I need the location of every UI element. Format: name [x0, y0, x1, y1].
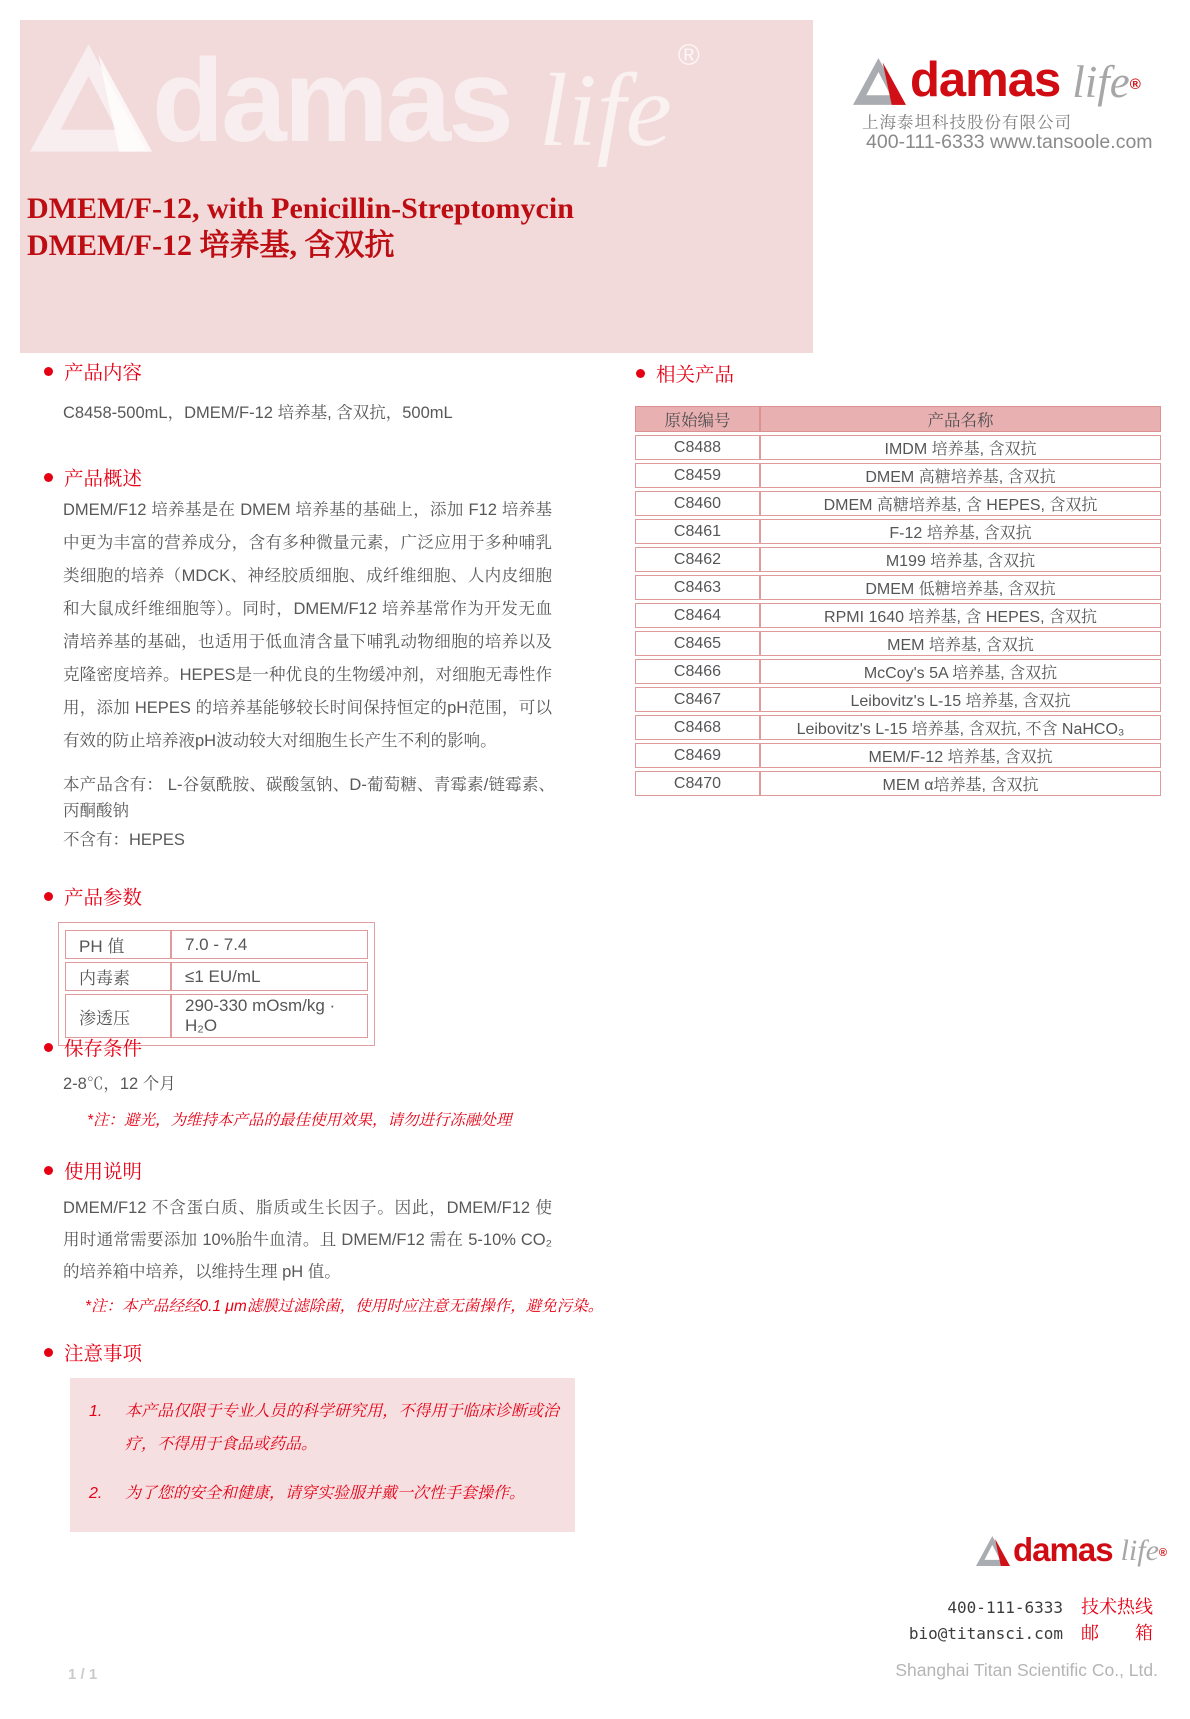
related-table-body: C8488IMDM 培养基, 含双抗C8459DMEM 高糖培养基, 含双抗C8… — [635, 435, 1161, 796]
logo-registered-mark: ® — [1130, 65, 1141, 105]
email-label: 邮 箱 — [1081, 1619, 1153, 1645]
related-product-row: C8459DMEM 高糖培养基, 含双抗 — [635, 463, 1161, 488]
table-cell: C8467 — [635, 687, 760, 712]
section-label: 使用说明 — [64, 1156, 142, 1184]
section-heading-related-products: 相关产品 — [636, 359, 734, 387]
logo-brand-suffix: life — [1121, 1536, 1159, 1566]
section-label: 相关产品 — [656, 359, 734, 387]
col-header-name: 产品名称 — [760, 406, 1161, 432]
table-cell: C8461 — [635, 519, 760, 544]
section-heading-overview: 产品概述 — [44, 463, 142, 491]
footer-hotline-row: 400-111-6333 技术热线 — [947, 1593, 1153, 1619]
logo-brand-text: damas — [910, 56, 1060, 105]
related-product-row: C8488IMDM 培养基, 含双抗 — [635, 435, 1161, 460]
storage-note: *注：避光，为维持本产品的最佳使用效果，请勿进行冻融处理 — [87, 1108, 512, 1130]
section-heading-usage: 使用说明 — [44, 1156, 142, 1184]
section-heading-product-content: 产品内容 — [44, 357, 142, 385]
related-product-row: C8465MEM 培养基, 含双抗 — [635, 631, 1161, 656]
param-row: PH 值7.0 - 7.4 — [65, 930, 368, 959]
table-cell: Leibovitz's L-15 培养基, 含双抗 — [760, 687, 1161, 712]
section-heading-notice: 注意事项 — [44, 1338, 142, 1366]
param-row: 内毒素≤1 EU/mL — [65, 962, 368, 991]
bullet-icon — [44, 892, 53, 901]
logo-brand-suffix: life — [1072, 60, 1129, 105]
watermark-registered-mark: ® — [678, 26, 700, 86]
table-cell: C8468 — [635, 715, 760, 740]
section-label: 产品内容 — [64, 357, 142, 385]
footer-email-row: bio@titansci.com 邮 箱 — [909, 1619, 1153, 1645]
table-cell: MEM α培养基, 含双抗 — [760, 771, 1161, 796]
related-products-table: 原始编号 产品名称 C8488IMDM 培养基, 含双抗C8459DMEM 高糖… — [635, 403, 1161, 799]
product-content-body: C8458-500mL，DMEM/F-12 培养基, 含双抗，500mL — [63, 399, 453, 423]
related-product-row: C8464RPMI 1640 培养基, 含 HEPES, 含双抗 — [635, 603, 1161, 628]
table-cell: C8465 — [635, 631, 760, 656]
notice-list: 本产品仅限于专业人员的科学研究用，不得用于临床诊断或治疗，不得用于食品或药品。为… — [70, 1395, 565, 1510]
overview-contains: 本产品含有： L-谷氨酰胺、碳酸氢钠、D-葡萄糖、青霉素/链霉素、丙酮酸钠 — [63, 772, 555, 824]
table-cell: RPMI 1640 培养基, 含 HEPES, 含双抗 — [760, 603, 1161, 628]
section-label: 产品概述 — [64, 463, 142, 491]
overview-not-contains: 不含有：HEPES — [63, 826, 185, 850]
section-label: 保存条件 — [64, 1033, 142, 1061]
table-cell: DMEM 低糖培养基, 含双抗 — [760, 575, 1161, 600]
related-product-row: C8460DMEM 高糖培养基, 含 HEPES, 含双抗 — [635, 491, 1161, 516]
bullet-icon — [636, 369, 645, 378]
related-product-row: C8469MEM/F-12 培养基, 含双抗 — [635, 743, 1161, 768]
datasheet-page: damas life ® damas life ® 上海泰坦科技股份有限公司 4… — [0, 0, 1190, 1719]
company-logo: damas life ® — [853, 56, 1141, 105]
table-cell: IMDM 培养基, 含双抗 — [760, 435, 1161, 460]
notice-item: 为了您的安全和健康，请穿实验服并戴一次性手套操作。 — [70, 1477, 565, 1510]
storage-body: 2-8℃，12 个月 — [63, 1070, 176, 1094]
hotline-label: 技术热线 — [1081, 1593, 1153, 1619]
header-banner: damas life ® — [20, 20, 813, 353]
email-address: bio@titansci.com — [909, 1624, 1063, 1643]
table-cell: DMEM 高糖培养基, 含 HEPES, 含双抗 — [760, 491, 1161, 516]
usage-note: *注：本产品经经0.1 μm滤膜过滤除菌，使用时应注意无菌操作，避免污染。 — [85, 1294, 603, 1316]
table-cell: M199 培养基, 含双抗 — [760, 547, 1161, 572]
table-cell: PH 值 — [65, 930, 171, 959]
bullet-icon — [44, 473, 53, 482]
bullet-icon — [44, 1043, 53, 1052]
related-product-row: C8462M199 培养基, 含双抗 — [635, 547, 1161, 572]
triangle-logo-icon — [853, 58, 906, 105]
related-table-header-row: 原始编号 产品名称 — [635, 406, 1161, 432]
table-cell: C8466 — [635, 659, 760, 684]
logo-brand-text: damas — [1013, 1533, 1113, 1566]
footer-logo: damas life ® — [976, 1533, 1167, 1566]
table-cell: DMEM 高糖培养基, 含双抗 — [760, 463, 1161, 488]
document-title: DMEM/F-12, with Penicillin-Streptomycin … — [27, 190, 574, 264]
related-product-row: C8467Leibovitz's L-15 培养基, 含双抗 — [635, 687, 1161, 712]
param-row: 渗透压290-330 mOsm/kg · H₂O — [65, 994, 368, 1038]
table-cell: 290-330 mOsm/kg · H₂O — [171, 994, 368, 1038]
table-cell: C8459 — [635, 463, 760, 488]
section-heading-storage: 保存条件 — [44, 1033, 142, 1061]
related-product-row: C8461F-12 培养基, 含双抗 — [635, 519, 1161, 544]
notice-box: 本产品仅限于专业人员的科学研究用，不得用于临床诊断或治疗，不得用于食品或药品。为… — [70, 1378, 575, 1532]
table-cell: MEM/F-12 培养基, 含双抗 — [760, 743, 1161, 768]
table-cell: C8469 — [635, 743, 760, 768]
product-params-table: PH 值7.0 - 7.4内毒素≤1 EU/mL渗透压290-330 mOsm/… — [58, 922, 375, 1046]
watermark-brand-suffix: life — [539, 26, 672, 196]
table-cell: C8463 — [635, 575, 760, 600]
table-cell: MEM 培养基, 含双抗 — [760, 631, 1161, 656]
page-number: 1 / 1 — [68, 1666, 97, 1683]
table-cell: C8470 — [635, 771, 760, 796]
title-line-cn: DMEM/F-12 培养基, 含双抗 — [27, 227, 574, 264]
bullet-icon — [44, 367, 53, 376]
hotline-number: 400-111-6333 — [947, 1598, 1063, 1617]
related-product-row: C8468Leibovitz's L-15 培养基, 含双抗, 不含 NaHCO… — [635, 715, 1161, 740]
company-name-cn: 上海泰坦科技股份有限公司 — [862, 109, 1072, 133]
table-cell: Leibovitz's L-15 培养基, 含双抗, 不含 NaHCO₃ — [760, 715, 1161, 740]
table-cell: C8462 — [635, 547, 760, 572]
table-cell: 渗透压 — [65, 994, 171, 1038]
table-cell: C8488 — [635, 435, 760, 460]
notice-item: 本产品仅限于专业人员的科学研究用，不得用于临床诊断或治疗，不得用于食品或药品。 — [70, 1395, 565, 1461]
bullet-icon — [44, 1166, 53, 1175]
triangle-logo-watermark-icon — [30, 44, 152, 152]
related-product-row: C8463DMEM 低糖培养基, 含双抗 — [635, 575, 1161, 600]
section-heading-params: 产品参数 — [44, 882, 142, 910]
usage-body: DMEM/F12 不含蛋白质、脂质或生长因子。因此，DMEM/F12 使用时通常… — [63, 1192, 552, 1288]
footer-company-en: Shanghai Titan Scientific Co., Ltd. — [895, 1660, 1158, 1681]
section-label: 产品参数 — [64, 882, 142, 910]
logo-registered-mark: ® — [1159, 1540, 1167, 1566]
table-cell: C8460 — [635, 491, 760, 516]
overview-paragraph: DMEM/F12 培养基是在 DMEM 培养基的基础上，添加 F12 培养基中更… — [63, 494, 552, 758]
triangle-logo-icon — [976, 1536, 1010, 1566]
related-product-row: C8466McCoy's 5A 培养基, 含双抗 — [635, 659, 1161, 684]
table-cell: 内毒素 — [65, 962, 171, 991]
watermark-brand-text: damas — [152, 26, 511, 176]
company-contact: 400-111-6333 www.tansoole.com — [866, 131, 1153, 154]
title-line-en: DMEM/F-12, with Penicillin-Streptomycin — [27, 190, 574, 227]
params-table-body: PH 值7.0 - 7.4内毒素≤1 EU/mL渗透压290-330 mOsm/… — [65, 930, 368, 1038]
section-label: 注意事项 — [64, 1338, 142, 1366]
brand-watermark: damas life ® — [30, 26, 700, 196]
related-product-row: C8470MEM α培养基, 含双抗 — [635, 771, 1161, 796]
table-cell: C8464 — [635, 603, 760, 628]
table-cell: F-12 培养基, 含双抗 — [760, 519, 1161, 544]
table-cell: McCoy's 5A 培养基, 含双抗 — [760, 659, 1161, 684]
table-cell: 7.0 - 7.4 — [171, 930, 368, 959]
col-header-code: 原始编号 — [635, 406, 760, 432]
bullet-icon — [44, 1348, 53, 1357]
table-cell: ≤1 EU/mL — [171, 962, 368, 991]
